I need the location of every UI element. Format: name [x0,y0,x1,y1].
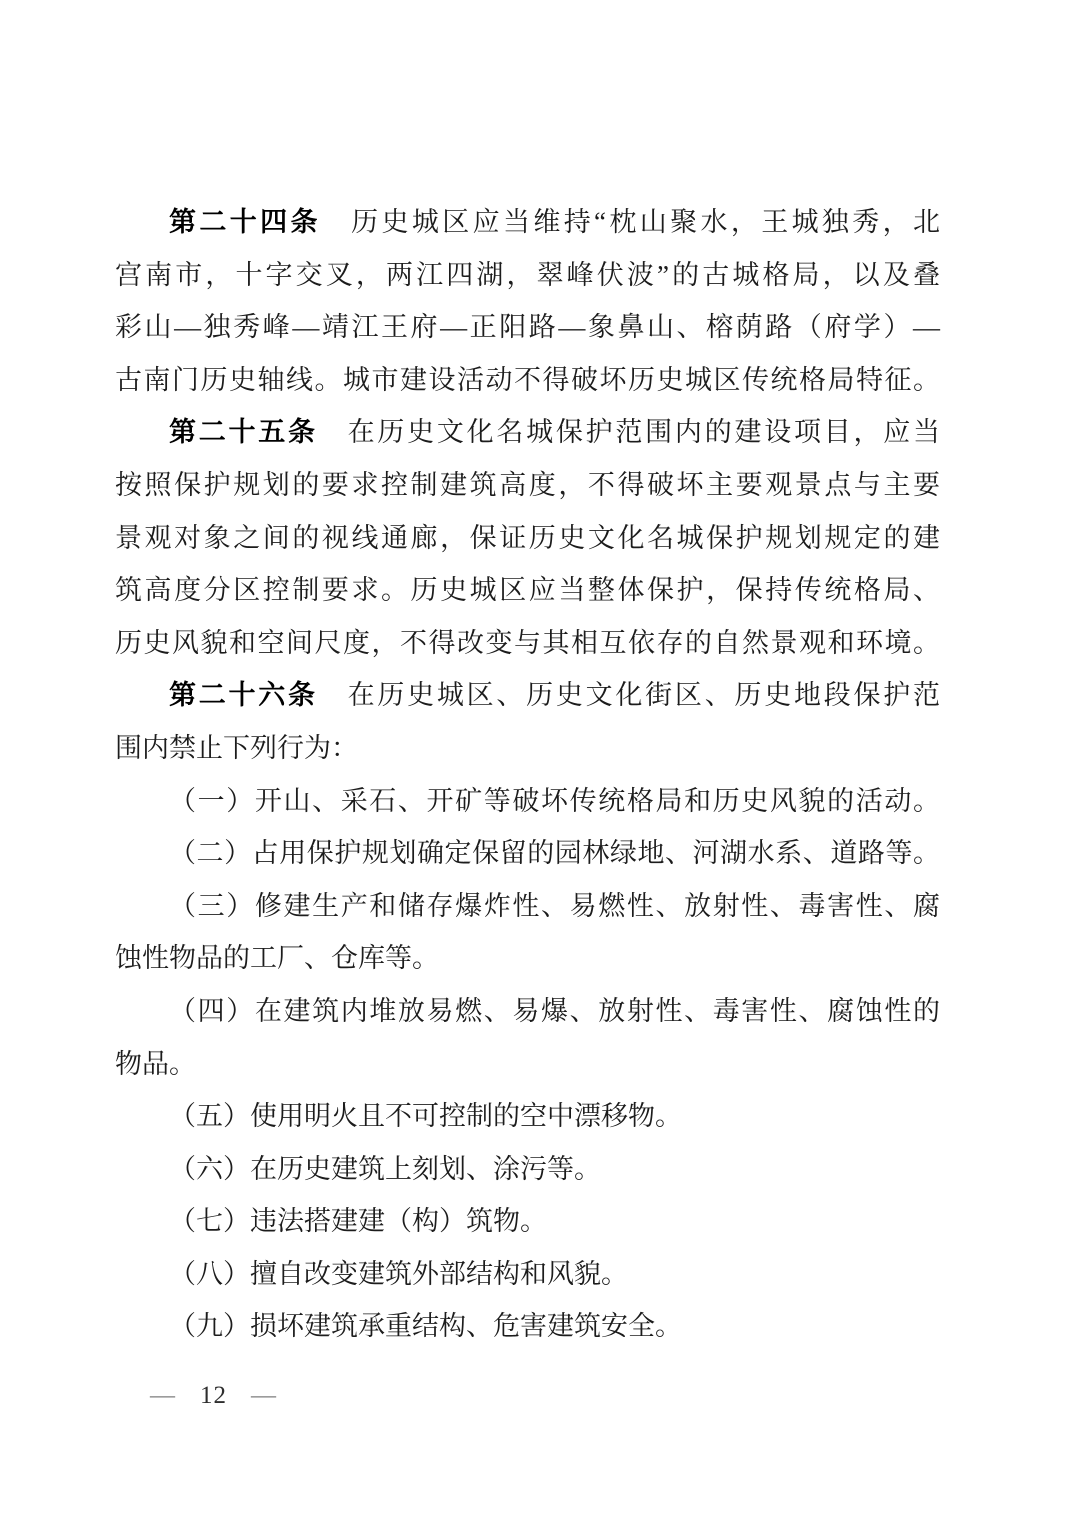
text-run: （三）修建生产和储存爆炸性、易燃性、放射性、毒害性、腐 [169,891,940,921]
text-line: 历史风貌和空间尺度，不得改变与其相互依存的自然景观和环境。 [115,617,940,670]
paragraph: （九）损坏建筑承重结构、危害建筑安全。 [115,1300,940,1353]
paragraph: （一）开山、采石、开矿等破坏传统格局和历史风貌的活动。 [115,775,940,828]
text-run: 历史风貌和空间尺度，不得改变与其相互依存的自然景观和环境。 [115,628,940,658]
text-line: 物品。 [115,1038,940,1091]
text-line: 第二十五条 在历史文化名城保护范围内的建设项目，应当 [115,406,940,459]
text-line: 围内禁止下列行为： [115,722,940,775]
page-footer: —12— [150,1382,277,1410]
text-run: 在历史文化名城保护范围内的建设项目，应当 [318,417,940,447]
text-run: （八）擅自改变建筑外部结构和风貌。 [169,1259,628,1289]
text-run: （四）在建筑内堆放易燃、易爆、放射性、毒害性、腐蚀性的 [169,996,940,1026]
text-line: （九）损坏建筑承重结构、危害建筑安全。 [115,1300,940,1353]
text-line: 蚀性物品的工厂、仓库等。 [115,932,940,985]
paragraph: （七）违法搭建建（构）筑物。 [115,1195,940,1248]
text-run: （五）使用明火且不可控制的空中漂移物。 [169,1101,682,1131]
page-number: 12 [200,1382,227,1410]
text-line: （四）在建筑内堆放易燃、易爆、放射性、毒害性、腐蚀性的 [115,985,940,1038]
text-line: （七）违法搭建建（构）筑物。 [115,1195,940,1248]
footer-dash-right: — [251,1382,277,1410]
paragraph: 第二十四条 历史城区应当维持“枕山聚水，王城独秀，北宫南市，十字交叉，两江四湖，… [115,196,940,406]
paragraph: 第二十六条 在历史城区、历史文化街区、历史地段保护范围内禁止下列行为： [115,669,940,774]
text-line: （八）擅自改变建筑外部结构和风貌。 [115,1248,940,1301]
text-run: 蚀性物品的工厂、仓库等。 [115,943,439,973]
paragraph: （四）在建筑内堆放易燃、易爆、放射性、毒害性、腐蚀性的物品。 [115,985,940,1090]
text-run: （二）占用保护规划确定保留的园林绿地、河湖水系、道路等。 [169,838,940,868]
paragraph: （二）占用保护规划确定保留的园林绿地、河湖水系、道路等。 [115,827,940,880]
text-run: 景观对象之间的视线通廊，保证历史文化名城保护规划规定的建 [115,523,940,553]
text-line: 景观对象之间的视线通廊，保证历史文化名城保护规划规定的建 [115,512,940,565]
article-number: 第二十四条 [169,207,321,237]
article-number: 第二十六条 [169,680,318,710]
text-line: 第二十四条 历史城区应当维持“枕山聚水，王城独秀，北 [115,196,940,249]
text-run: 按照保护规划的要求控制建筑高度，不得破坏主要观景点与主要 [115,470,940,500]
footer-dash-left: — [150,1382,176,1410]
text-line: （一）开山、采石、开矿等破坏传统格局和历史风貌的活动。 [115,775,940,828]
text-run: 古南门历史轴线。城市建设活动不得破坏历史城区传统格局特征。 [115,365,940,395]
document-page: 第二十四条 历史城区应当维持“枕山聚水，王城独秀，北宫南市，十字交叉，两江四湖，… [0,0,1074,1520]
text-run: （九）损坏建筑承重结构、危害建筑安全。 [169,1311,682,1341]
text-line: （二）占用保护规划确定保留的园林绿地、河湖水系、道路等。 [115,827,940,880]
text-run: （一）开山、采石、开矿等破坏传统格局和历史风貌的活动。 [169,786,940,816]
text-run: 宫南市，十字交叉，两江四湖，翠峰伏波”的古城格局，以及叠 [115,260,940,290]
text-line: （三）修建生产和储存爆炸性、易燃性、放射性、毒害性、腐 [115,880,940,933]
text-run: 在历史城区、历史文化街区、历史地段保护范 [318,680,940,710]
text-block: 第二十四条 历史城区应当维持“枕山聚水，王城独秀，北宫南市，十字交叉，两江四湖，… [115,196,940,1353]
text-line: 筑高度分区控制要求。历史城区应当整体保护，保持传统格局、 [115,564,940,617]
article-number: 第二十五条 [169,417,318,447]
text-line: （五）使用明火且不可控制的空中漂移物。 [115,1090,940,1143]
paragraph: （五）使用明火且不可控制的空中漂移物。 [115,1090,940,1143]
text-run: 围内禁止下列行为： [115,733,358,763]
text-run: 筑高度分区控制要求。历史城区应当整体保护，保持传统格局、 [115,575,940,605]
text-run: （六）在历史建筑上刻划、涂污等。 [169,1154,601,1184]
text-run: 彩山—独秀峰—靖江王府—正阳路—象鼻山、榕荫路（府学）— [115,312,940,342]
text-line: 按照保护规划的要求控制建筑高度，不得破坏主要观景点与主要 [115,459,940,512]
paragraph: （三）修建生产和储存爆炸性、易燃性、放射性、毒害性、腐蚀性物品的工厂、仓库等。 [115,880,940,985]
text-run: 历史城区应当维持“枕山聚水，王城独秀，北 [321,207,940,237]
text-line: （六）在历史建筑上刻划、涂污等。 [115,1143,940,1196]
paragraph: 第二十五条 在历史文化名城保护范围内的建设项目，应当按照保护规划的要求控制建筑高… [115,406,940,669]
text-run: （七）违法搭建建（构）筑物。 [169,1206,547,1236]
text-line: 第二十六条 在历史城区、历史文化街区、历史地段保护范 [115,669,940,722]
paragraph: （八）擅自改变建筑外部结构和风貌。 [115,1248,940,1301]
text-line: 彩山—独秀峰—靖江王府—正阳路—象鼻山、榕荫路（府学）— [115,301,940,354]
text-line: 古南门历史轴线。城市建设活动不得破坏历史城区传统格局特征。 [115,354,940,407]
text-line: 宫南市，十字交叉，两江四湖，翠峰伏波”的古城格局，以及叠 [115,249,940,302]
paragraph: （六）在历史建筑上刻划、涂污等。 [115,1143,940,1196]
text-run: 物品。 [115,1049,196,1079]
